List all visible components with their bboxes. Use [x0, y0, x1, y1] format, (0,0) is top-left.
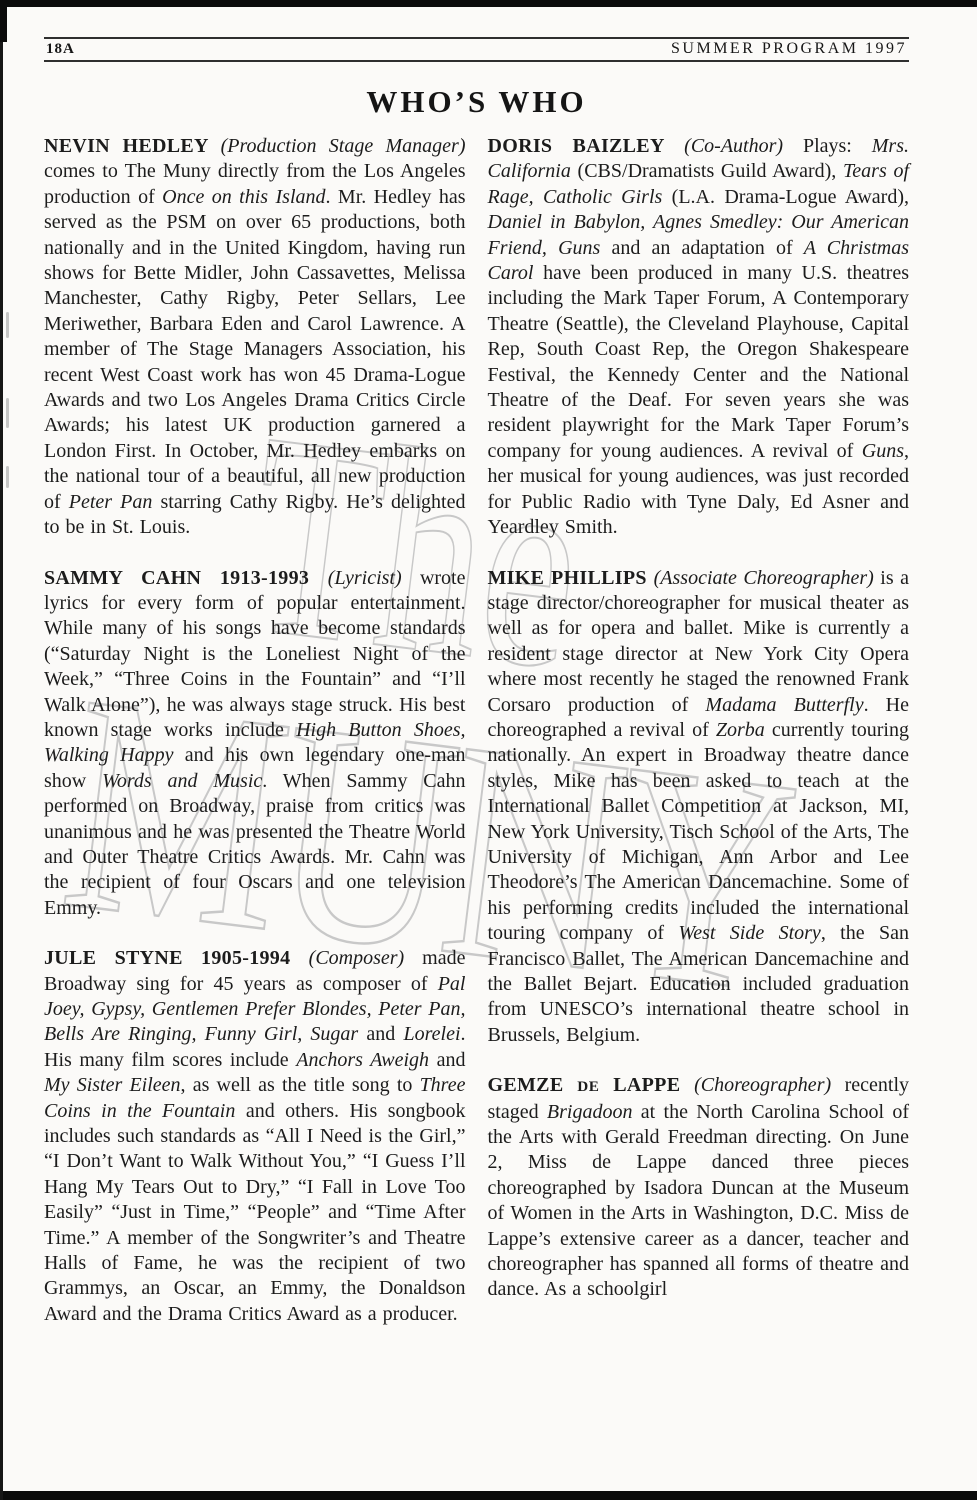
bio-paragraph: GEMZE DE LAPPE (Choreographer) recently …: [488, 1073, 910, 1303]
bio-text: , as well as the title song to: [181, 1074, 420, 1096]
bio-italic-text: Madama Butterfly: [705, 694, 863, 716]
right-column: DORIS BAIZLEY (Co-Author) Plays: Mrs. Ca…: [488, 134, 910, 1352]
scan-edge-corner: [0, 0, 7, 42]
page-title: WHO’S WHO: [44, 84, 909, 120]
bio-text: and: [358, 1023, 403, 1045]
bio-italic-text: (Associate Choreographer): [654, 567, 874, 589]
bio-italic-text: (Composer): [309, 947, 405, 969]
bio-italic-text: Once on this Island: [162, 186, 325, 208]
page-content: 18A SUMMER PROGRAM 1997 WHO’S WHO NEVIN …: [44, 0, 909, 1352]
bio-text: Plays:: [783, 135, 872, 157]
bio-text: (L.A. Drama-Logue Award),: [662, 186, 909, 208]
bio-italic-text: Peter Pan: [69, 491, 153, 513]
bio-paragraph: MIKE PHILLIPS (Associate Choreographer) …: [488, 566, 910, 1049]
bio-name: NEVIN HEDLEY: [44, 135, 221, 157]
program-title: SUMMER PROGRAM 1997: [671, 40, 907, 58]
bio-name: DORIS BAIZLEY: [488, 135, 685, 157]
bio-text: and an adaptation of: [600, 237, 803, 259]
bio-italic-text: Lorelei: [403, 1023, 460, 1045]
scan-smudge: [6, 466, 9, 488]
scan-edge-bottom: [0, 1491, 977, 1500]
scan-smudge: [6, 398, 9, 428]
page-number: 18A: [46, 41, 75, 58]
bio-italic-text: West Side Story: [678, 922, 820, 944]
bio-text: currently touring nationally. An expert …: [488, 719, 910, 944]
bio-paragraph: NEVIN HEDLEY (Production Stage Manager) …: [44, 134, 466, 541]
bio-italic-text: (Co-Author): [684, 135, 783, 157]
scanned-program-page: The MUNY 18A SUMMER PROGRAM 1997 WHO’S W…: [0, 0, 977, 1500]
bio-paragraph: SAMMY CAHN 1913-1993 (Lyricist) wrote ly…: [44, 566, 466, 922]
bio-text: (CBS/Dramatists Guild Award),: [571, 160, 843, 182]
bio-name-smallcaps: DE: [577, 1078, 599, 1095]
bio-text: and: [429, 1049, 465, 1071]
bio-text: and others. His songbook includes such s…: [44, 1100, 466, 1325]
two-column-body: NEVIN HEDLEY (Production Stage Manager) …: [44, 134, 909, 1352]
bio-paragraph: JULE STYNE 1905-1994 (Composer) made Bro…: [44, 946, 466, 1327]
bio-italic-text: (Lyricist): [328, 567, 402, 589]
bio-text: have been produced in many U.S. theatres…: [488, 262, 910, 462]
bio-text: . When Sammy Cahn performed on Broadway,…: [44, 770, 466, 919]
scan-edge-left: [0, 0, 3, 1500]
bio-paragraph: DORIS BAIZLEY (Co-Author) Plays: Mrs. Ca…: [488, 134, 910, 541]
bio-italic-text: My Sister Eileen: [44, 1074, 181, 1096]
bio-italic-text: (Production Stage Manager): [221, 135, 466, 157]
bio-italic-text: Words and Music: [102, 770, 262, 792]
bio-italic-text: (Choreographer): [694, 1074, 831, 1096]
bio-italic-text: Brigadoon: [547, 1101, 633, 1123]
bio-text: wrote lyrics for every form of popular e…: [44, 567, 466, 741]
bio-text: at the North Carolina School of the Arts…: [488, 1101, 910, 1301]
bio-name: LAPPE: [600, 1074, 695, 1096]
bio-italic-text: Anchors Aweigh: [296, 1049, 429, 1071]
left-column: NEVIN HEDLEY (Production Stage Manager) …: [44, 134, 466, 1352]
scan-smudge: [6, 312, 9, 338]
bio-name: SAMMY CAHN 1913-1993: [44, 567, 328, 589]
bio-name: GEMZE: [488, 1074, 578, 1096]
bio-italic-text: Zorba: [716, 719, 765, 741]
running-header: 18A SUMMER PROGRAM 1997: [44, 37, 909, 62]
bio-name: MIKE PHILLIPS: [488, 567, 654, 589]
bio-italic-text: Guns: [862, 440, 904, 462]
bio-text: . Mr. Hedley has served as the PSM on ov…: [44, 186, 466, 513]
bio-name: JULE STYNE 1905-1994: [44, 947, 309, 969]
